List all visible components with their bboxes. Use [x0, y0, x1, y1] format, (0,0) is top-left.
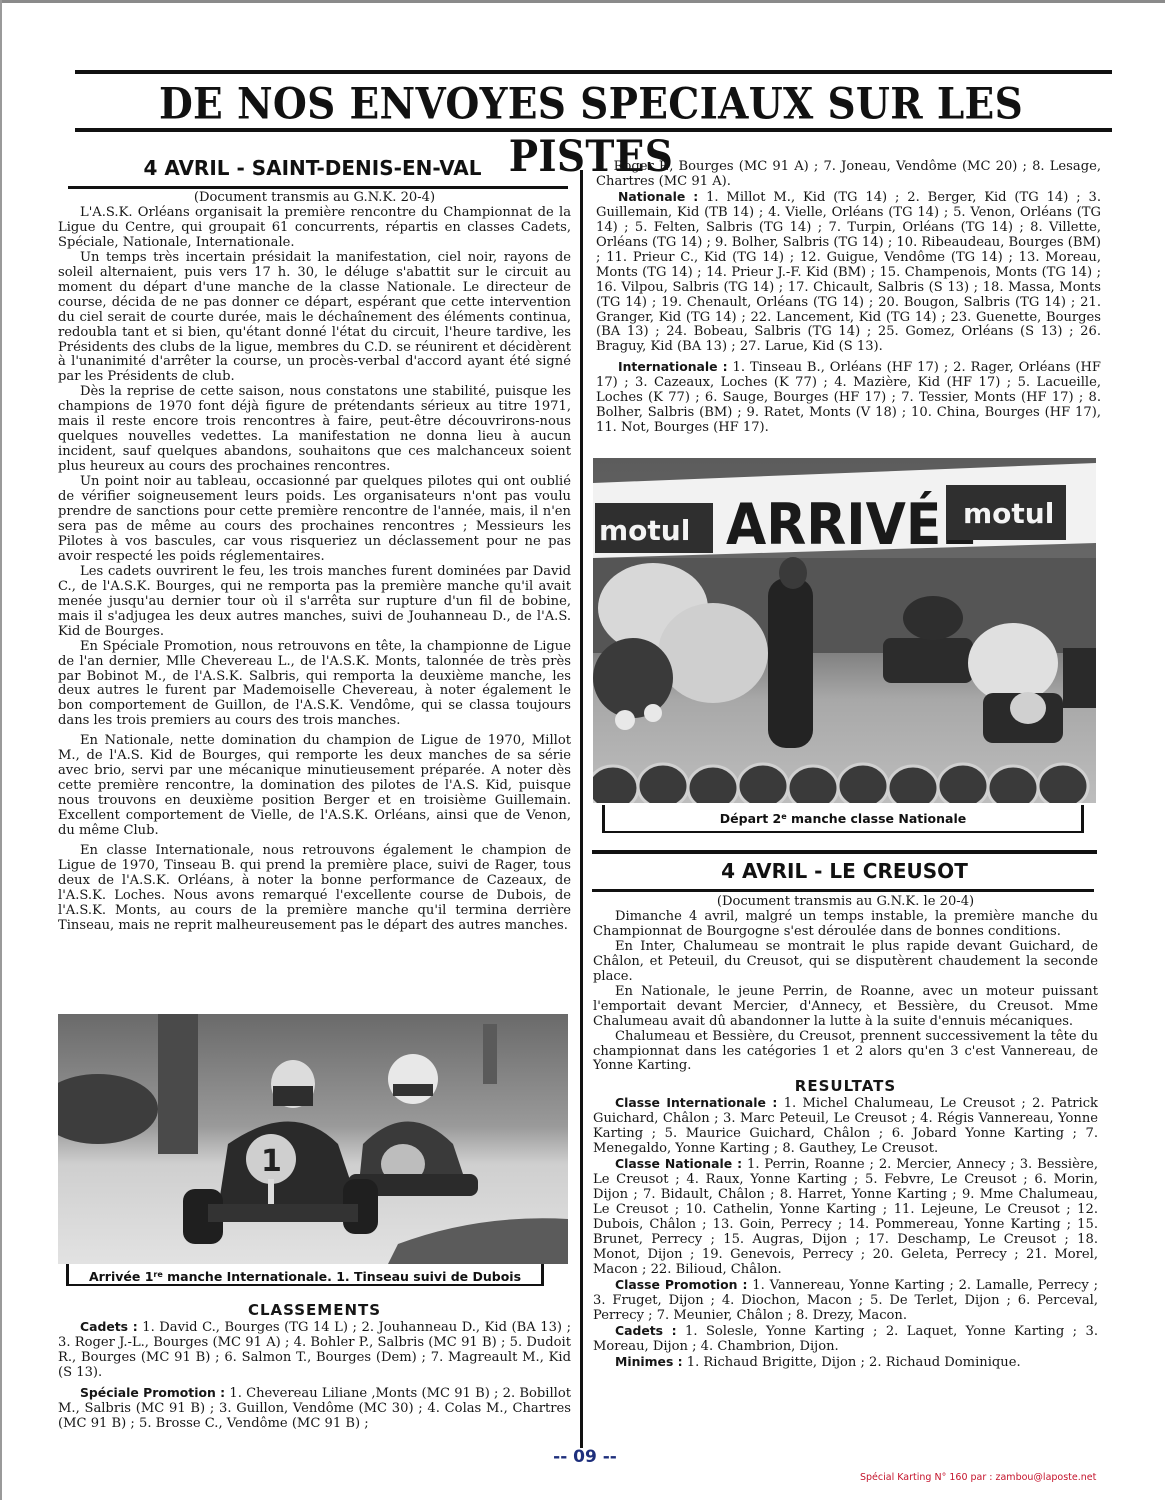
article1-title: 4 AVRIL - SAINT-DENIS-EN-VAL [60, 155, 565, 181]
motul-logo-right: motul [963, 497, 1054, 530]
kart-number: 1 [261, 1144, 282, 1179]
masthead-rule-bottom [75, 128, 1112, 132]
classements-block: CLASSEMENTS Cadets : 1. David C., Bourge… [58, 1298, 571, 1432]
article1-paragraph: Un temps très incertain présidait la man… [58, 251, 571, 386]
article1-paragraph: En classe Internationale, nous retrouvon… [58, 844, 571, 934]
column-divider [580, 170, 583, 1448]
article1-source: (Document transmis au G.N.K. 20-4) [58, 191, 571, 206]
karting-race-photo-icon: 1 [58, 1014, 568, 1264]
resultat-cadets: Cadets : 1. Solesle, Yonne Karting ; 2. … [593, 1324, 1098, 1355]
resultat-minimes: Minimes : 1. Richaud Brigitte, Dijon ; 2… [593, 1355, 1098, 1371]
footer-credit: Spécial Karting N° 160 par : zambou@lapo… [860, 1472, 1096, 1483]
classement-speciale: Spéciale Promotion : 1. Chevereau Lilian… [58, 1386, 571, 1432]
photo-depart-nationale: motul ARRIVÉE motul [593, 458, 1096, 803]
resultat-promotion: Classe Promotion : 1. Vannereau, Yonne K… [593, 1278, 1098, 1324]
masthead-title: DE NOS ENVOYES SPECIAUX SUR LES PISTES [70, 78, 1112, 131]
article1-paragraph: L'A.S.K. Orléans organisait la première … [58, 206, 571, 251]
article2-title-rule-bottom [592, 889, 1094, 892]
photo-tinseau-dubois: 1 [58, 1014, 568, 1264]
article2-paragraph: En Nationale, le jeune Perrin, de Roanne… [593, 985, 1098, 1030]
classement-nationale: Nationale : 1. Millot M., Kid (TG 14) ; … [596, 190, 1101, 355]
article2-title: 4 AVRIL - LE CREUSOT [592, 857, 1097, 885]
article1-paragraph: En Nationale, nette domination du champi… [58, 734, 571, 839]
classement-cadets: Cadets : 1. David C., Bourges (TG 14 L) … [58, 1320, 571, 1381]
article2-paragraph: Chalumeau et Bessière, du Creusot, prenn… [593, 1030, 1098, 1075]
classement-internationale: Internationale : 1. Tinseau B., Orléans … [596, 360, 1101, 436]
photo-depart-nationale-caption: Départ 2e manche classe Nationale [602, 805, 1084, 833]
page-number: -- 09 -- [540, 1447, 630, 1467]
page-top-edge [0, 0, 1165, 3]
article1-paragraph: En Spéciale Promotion, nous retrouvons e… [58, 640, 571, 730]
article1-paragraph: Un point noir au tableau, occasionné par… [58, 475, 571, 565]
article2-paragraph: Dimanche 4 avril, malgré un temps instab… [593, 910, 1098, 940]
classements-continued: 6. Roger P., Bourges (MC 91 A) ; 7. Jone… [596, 160, 1101, 436]
article1-paragraph: Dès la reprise de cette saison, nous con… [58, 385, 571, 475]
photo-tinseau-dubois-caption: Arrivée 1re manche Internationale. 1. Ti… [66, 1264, 544, 1286]
resultat-internationale: Classe Internationale : 1. Michel Chalum… [593, 1096, 1098, 1157]
masthead-rule-top [75, 70, 1112, 74]
article1-paragraph: Les cadets ouvrirent le feu, les trois m… [58, 565, 571, 640]
arrivee-banner-text: ARRIVÉE [726, 489, 977, 557]
classements-heading: CLASSEMENTS [58, 1301, 571, 1319]
resultat-nationale: Classe Nationale : 1. Perrin, Roanne ; 2… [593, 1157, 1098, 1278]
page-left-edge [0, 0, 2, 1500]
article1-body: (Document transmis au G.N.K. 20-4) L'A.S… [58, 191, 571, 934]
resultats-heading: RESULTATS [593, 1077, 1098, 1095]
article2-source: (Document transmis au G.N.K. le 20-4) [593, 895, 1098, 910]
article2-title-rule-top [592, 850, 1097, 854]
article1-title-rule [68, 186, 568, 189]
motul-logo-left: motul [599, 514, 690, 547]
article2-paragraph: En Inter, Chalumeau se montrait le plus … [593, 940, 1098, 985]
classement-speciale-continued: 6. Roger P., Bourges (MC 91 A) ; 7. Jone… [596, 160, 1101, 190]
article2-body: (Document transmis au G.N.K. le 20-4) Di… [593, 895, 1098, 1371]
arrivee-banner-photo-icon: motul ARRIVÉE motul [593, 458, 1096, 803]
